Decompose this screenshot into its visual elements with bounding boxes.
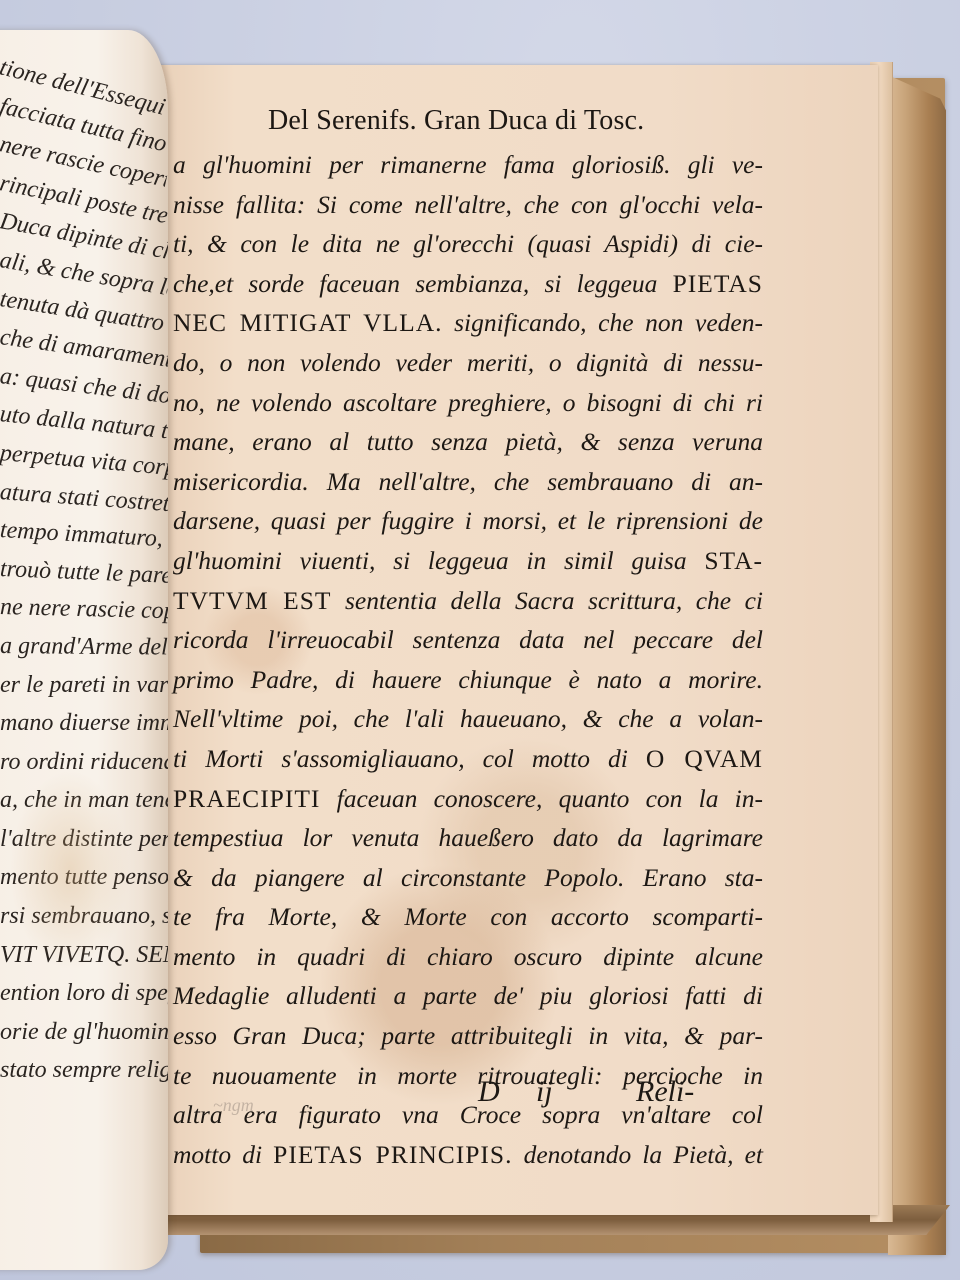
left-page-text: tione dell'Essequiefacciata tutta fino a… — [0, 48, 168, 1090]
text-line: no, ne volendo ascoltare preghiere, o bi… — [173, 383, 763, 423]
book-photo-scene: Del Serenifs. Gran Duca di Tosc. a gl'hu… — [0, 0, 960, 1280]
text-line: a gl'huomini per rimanerne fama gloriosi… — [173, 145, 763, 185]
text-line: PRAECIPITI faceuan conoscere, quanto con… — [173, 779, 763, 819]
left-text-line: mano diuerse immagini — [0, 704, 168, 743]
text-line: mane, erano al tutto senza pietà, & senz… — [173, 422, 763, 462]
text-line: darsene, quasi per fuggire i morsi, et l… — [173, 501, 763, 541]
left-text-line: VIT VIVETQ. SEMPER. — [0, 936, 168, 975]
left-text-line: a grand'Arme del Gran Du — [0, 627, 168, 667]
left-page-curled: tione dell'Essequiefacciata tutta fino a… — [0, 30, 168, 1270]
text-line: nisse fallita: Si come nell'altre, che c… — [173, 185, 763, 225]
running-head: Del Serenifs. Gran Duca di Tosc. — [268, 105, 644, 137]
left-text-line: ne nere rascie coperte — [0, 588, 168, 631]
text-line: tempestiua lor venuta haueßero dato da l… — [173, 818, 763, 858]
text-line: TVTVM EST sententia della Sacra scrittur… — [173, 581, 763, 621]
text-line: primo Padre, di hauere chiunque è nato a… — [173, 660, 763, 700]
left-text-line: er le pareti in varie pitture — [0, 666, 168, 705]
left-text-line: ention loro di spegner — [0, 974, 168, 1013]
book-cover-edge — [888, 75, 946, 1255]
left-text-line: l'altre distinte percioche — [0, 820, 168, 859]
text-line: ti, & con le dita ne gl'orecchi (quasi A… — [173, 224, 763, 264]
text-line: ricorda l'irreuocabil sentenza data nel … — [173, 620, 763, 660]
text-line: ti Morti s'assomigliauano, col motto di … — [173, 739, 763, 779]
left-text-line: orie de gl'huomini, in — [0, 1013, 168, 1052]
right-page: Del Serenifs. Gran Duca di Tosc. a gl'hu… — [148, 65, 878, 1215]
text-line: gl'huomini viuenti, si leggeua in simil … — [173, 541, 763, 581]
text-line: & da piangere al circonstante Popolo. Er… — [173, 858, 763, 898]
left-text-line: stato sempre religiosissimo — [0, 1051, 168, 1090]
text-line: misericordia. Ma nell'altre, che sembrau… — [173, 462, 763, 502]
text-line: mento in quadri di chiaro oscuro dipinte… — [173, 937, 763, 977]
text-line: esso Gran Duca; parte attribuitegli in v… — [173, 1016, 763, 1056]
right-page-text: a gl'huomini per rimanerne fama gloriosi… — [173, 145, 763, 1174]
text-line: motto di PIETAS PRINCIPIS. denotando la … — [173, 1135, 763, 1175]
text-line: te fra Morte, & Morte con accorto scompa… — [173, 897, 763, 937]
left-text-line: ro ordini riducendosi col — [0, 743, 168, 782]
text-line: che,et sorde faceuan sembianza, si legge… — [173, 264, 763, 304]
text-line: Nell'vltime poi, che l'ali haueuano, & c… — [173, 699, 763, 739]
left-text-line: a, che in man teneuano — [0, 781, 168, 820]
catchword: Reli- — [636, 1075, 694, 1109]
text-line: do, o non volendo veder meriti, o dignit… — [173, 343, 763, 383]
left-text-line: rsi sembrauano, si leggeua — [0, 897, 168, 936]
left-text-line: mento tutte pensose sopra — [0, 858, 168, 897]
text-line: NEC MITIGAT VLLA. significando, che non … — [173, 303, 763, 343]
text-line: Medaglie alludenti a parte de' piu glori… — [173, 976, 763, 1016]
bleed-through-mark: ~ngm — [213, 1095, 254, 1116]
